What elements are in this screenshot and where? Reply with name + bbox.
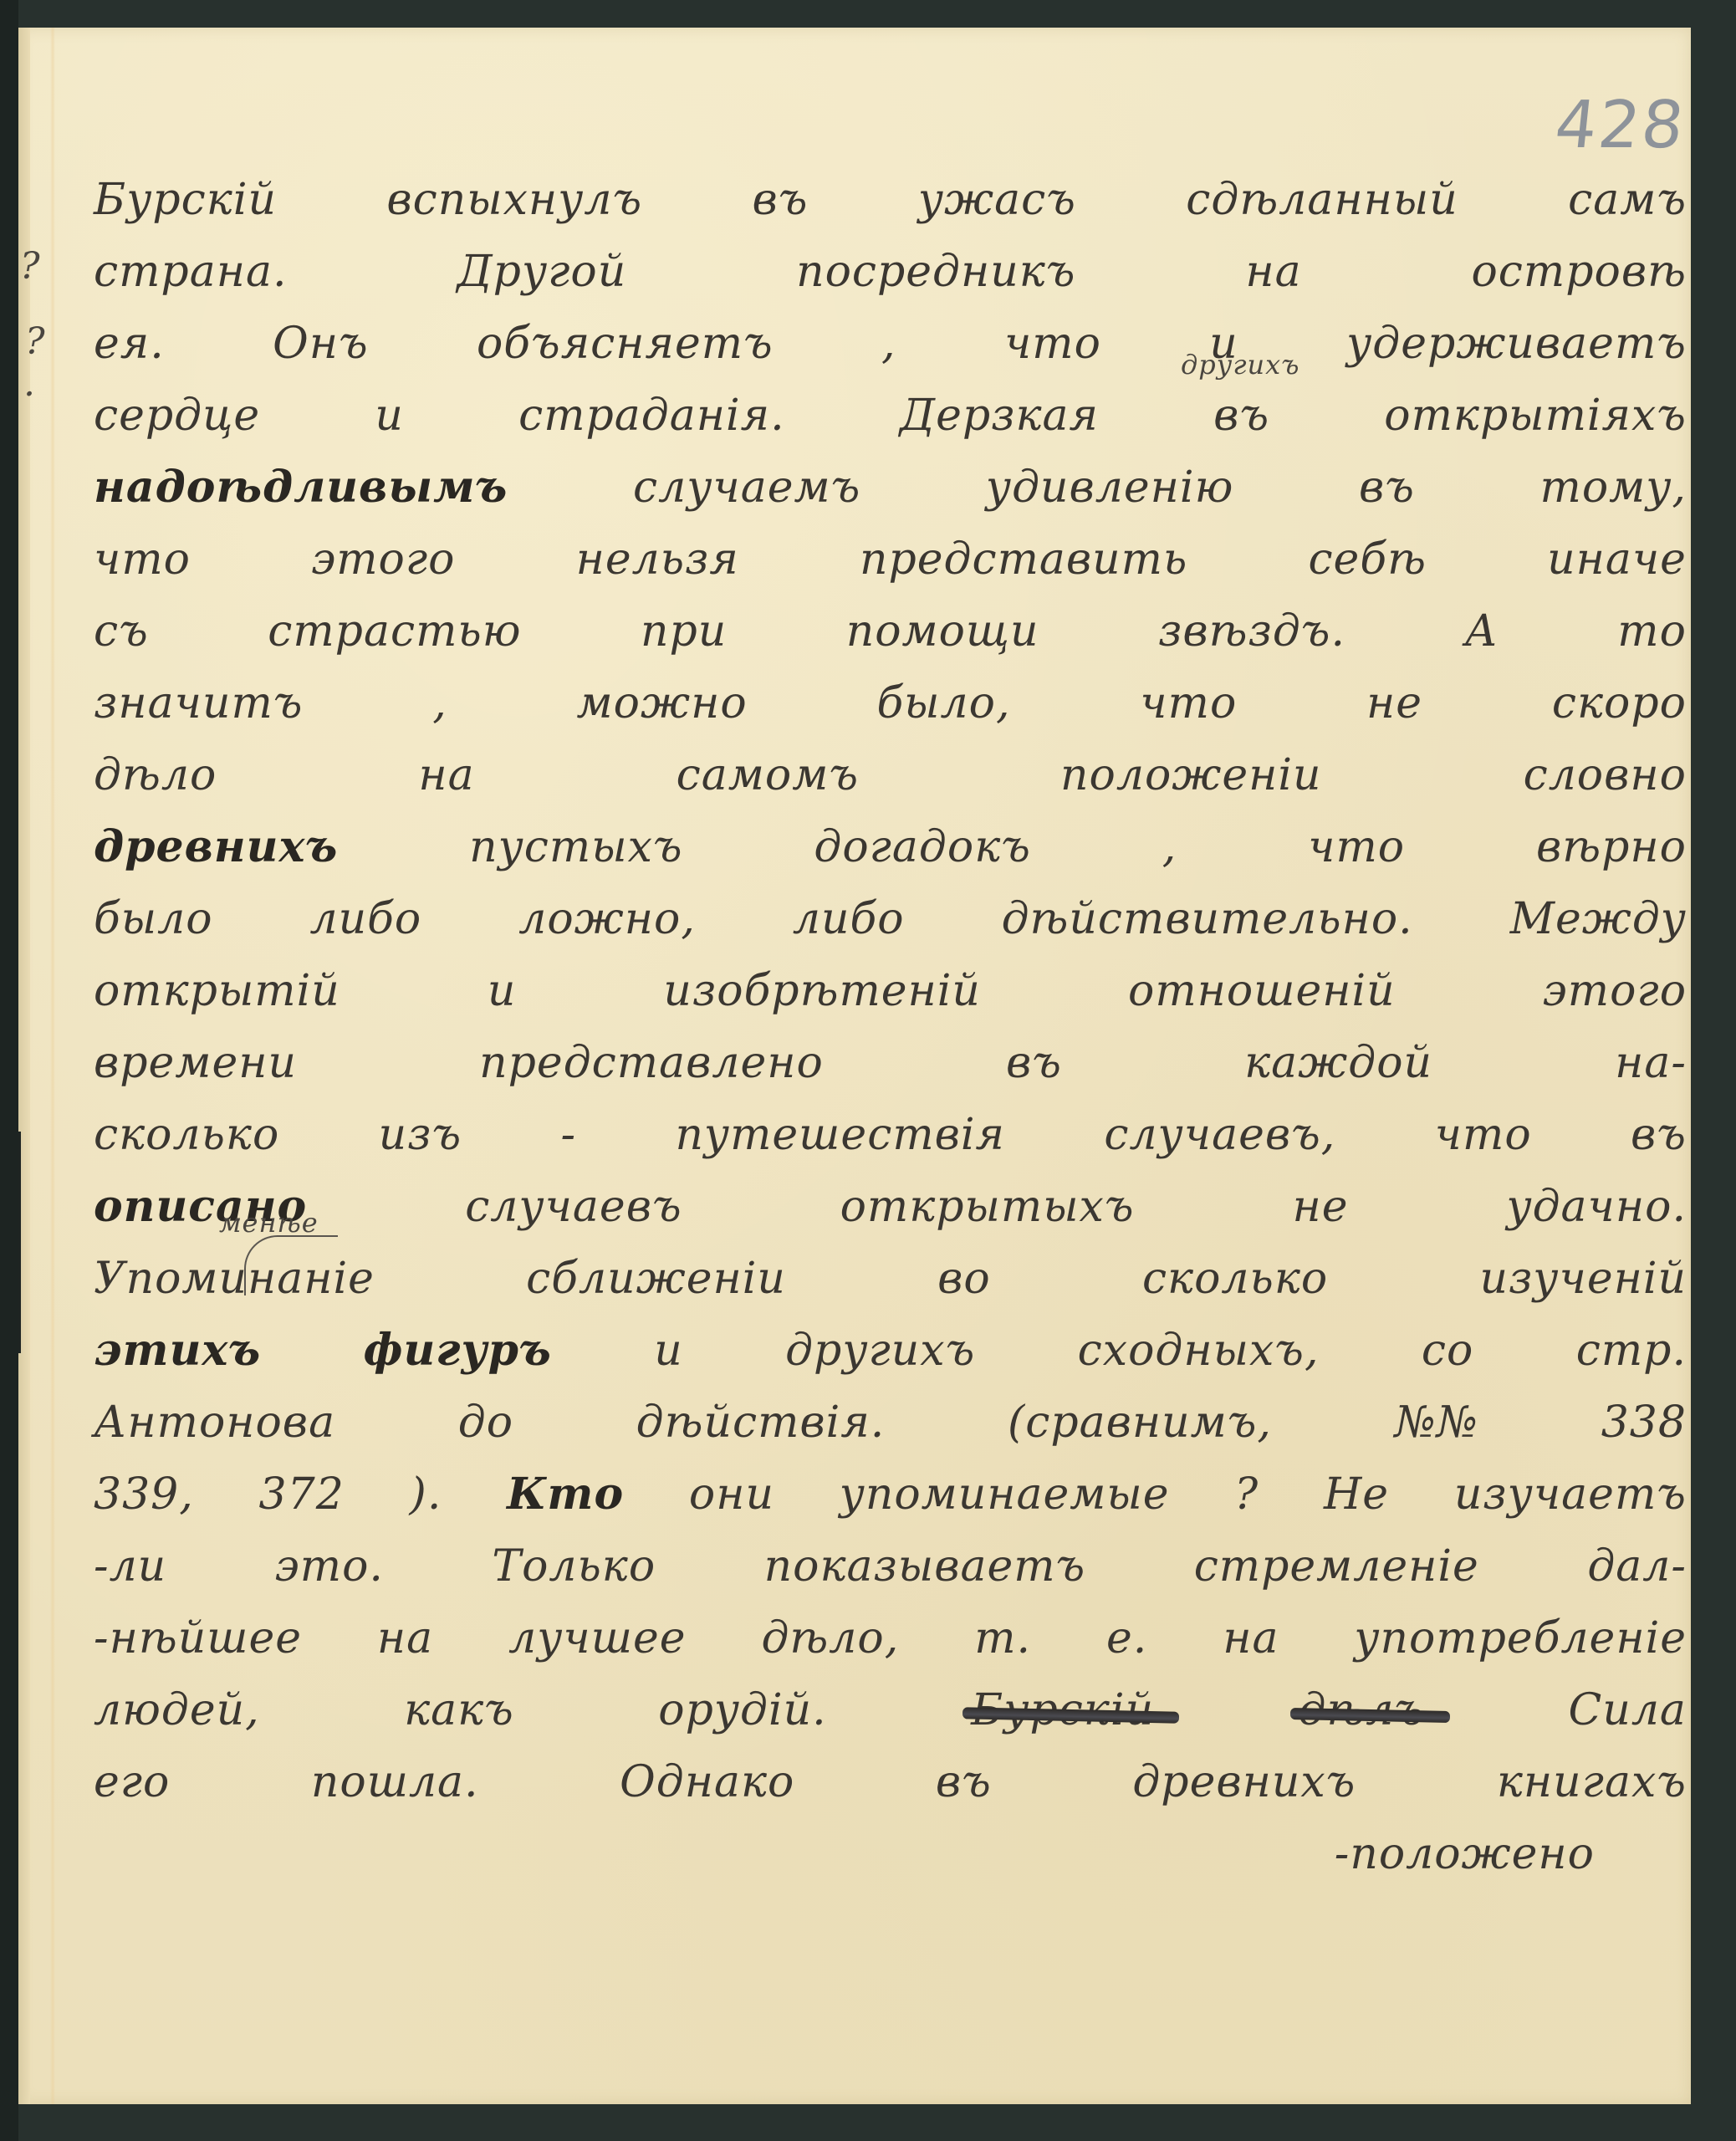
word: изобрѣтеній [663, 966, 981, 1016]
text-line: надоѣдливымъ случаемъ удивленію въ тому, [94, 441, 1687, 513]
word: въ [936, 1757, 992, 1807]
word: удивленію [986, 462, 1233, 513]
scan-backing-left [0, 0, 18, 2141]
word: положеніи [1060, 750, 1321, 800]
margin-mark: ? [20, 245, 40, 288]
text-line: времени представлено въ каждой на- [94, 1016, 1687, 1088]
text-line: сколько изъ - путешествія случаевъ, что … [94, 1088, 1687, 1160]
text-line: что этого нельзя представить себѣ иначе [94, 513, 1687, 585]
word: -нѣйшее [94, 1613, 302, 1663]
word: не [1366, 678, 1422, 728]
word: какъ [404, 1685, 514, 1735]
word: себѣ [1308, 534, 1427, 585]
word: древнихъ [1132, 1757, 1356, 1807]
word: страна. [94, 247, 288, 297]
interlinear-insertion: другихъ [1181, 349, 1299, 381]
word: на [377, 1613, 433, 1663]
word: Сила [1569, 1685, 1687, 1735]
reference-number: 338 [1601, 1398, 1687, 1448]
word: скоро [1552, 678, 1687, 728]
word: вспыхнулъ [386, 175, 642, 225]
word: Бурскій [94, 175, 277, 225]
word: удерживаетъ [1346, 319, 1687, 369]
word: -положено [1335, 1829, 1595, 1879]
text-line: открытій и изобрѣтеній отношеній этого [94, 944, 1687, 1016]
word: представлено [479, 1038, 824, 1088]
word: ? [1234, 1469, 1259, 1520]
word: самомъ [677, 750, 859, 800]
word: упоминаемые [840, 1469, 1170, 1520]
word: изъ [379, 1110, 462, 1160]
word: Не [1324, 1469, 1389, 1520]
word: на [1245, 247, 1301, 297]
word: Кто [507, 1469, 624, 1520]
manuscript-page: ? ? . 428 Бурскій вспыхнулъ въ ужасъ сдѣ… [18, 28, 1691, 2104]
word: фигуръ [364, 1325, 552, 1376]
word: употребленіе [1354, 1613, 1687, 1663]
word: что [1435, 1110, 1532, 1160]
word: сходныхъ, [1078, 1326, 1320, 1376]
word: Между [1510, 894, 1687, 944]
page-number: 428 [1551, 88, 1688, 163]
word: ). [410, 1469, 442, 1520]
word: показываетъ [764, 1541, 1086, 1592]
word: значитъ [94, 678, 303, 728]
text-line: его пошла. Однако въ древнихъ книгахъ [94, 1735, 1687, 1807]
word: до [458, 1398, 513, 1448]
text-line: Бурскій вспыхнулъ въ ужасъ сдѣланный сам… [94, 153, 1687, 225]
text-line: другихъ сердце и страданія. Дерзкая въ о… [94, 369, 1687, 441]
word: и [375, 391, 404, 441]
word: объясняетъ [477, 319, 774, 369]
word: лучшее [508, 1613, 686, 1663]
word: этихъ [94, 1325, 261, 1376]
text-line: значитъ , можно было, что не скоро [94, 657, 1687, 728]
insertion-caret [244, 1235, 338, 1295]
word: т. [974, 1613, 1031, 1663]
interlinear-insertion: менѣе [219, 1207, 319, 1239]
word: что [1308, 822, 1405, 872]
word: это. [275, 1541, 384, 1592]
text-line: Антонова до дѣйствія. (сравнимъ, №№ 338 [94, 1376, 1687, 1448]
word: случаевъ, [1104, 1110, 1335, 1160]
word: открытыхъ [840, 1182, 1135, 1232]
word: , [1162, 822, 1177, 872]
word: путешествія [675, 1110, 1005, 1160]
word: словно [1524, 750, 1687, 800]
word: Только [492, 1541, 656, 1592]
word: открытій [94, 966, 340, 1016]
word: сколько [1142, 1254, 1328, 1304]
margin-rule [18, 1132, 21, 1353]
word: ложно, [518, 894, 696, 944]
word: страстью [268, 606, 521, 657]
fold-line [50, 28, 55, 2104]
word: самъ [1568, 175, 1687, 225]
word: , [881, 319, 896, 369]
word: либо [310, 894, 422, 944]
word: случаемъ [633, 462, 860, 513]
text-line: менѣе Упоминаніе сближеніи во сколько из… [94, 1232, 1687, 1304]
reference-number: 339, [94, 1469, 194, 1520]
text-line: людей, какъ орудій. Бурскій дѣлъ Сила [94, 1663, 1687, 1735]
word: дѣйствія. [636, 1398, 886, 1448]
word: каждой [1244, 1038, 1432, 1088]
word: что [1140, 678, 1237, 728]
margin-mark: . [23, 362, 35, 405]
word: съ [94, 606, 149, 657]
text-line: 339, 372 ). Кто они упоминаемые ? Не изу… [94, 1448, 1687, 1520]
word: въ [1631, 1110, 1687, 1160]
word: стр. [1576, 1326, 1687, 1376]
word: нельзя [576, 534, 739, 585]
word: , [432, 678, 447, 728]
word: е. [1106, 1613, 1147, 1663]
text-line: ея. Онъ объясняетъ , что и удерживаетъ [94, 297, 1687, 369]
margin-mark: ? [25, 320, 45, 363]
word: что [1004, 319, 1101, 369]
word: изученій [1479, 1254, 1687, 1304]
word: помощи [846, 606, 1039, 657]
struck-out-word: Бурскій [971, 1685, 1154, 1735]
word: дѣло [94, 750, 217, 800]
word: звѣздъ. [1158, 606, 1345, 657]
word: со [1422, 1326, 1473, 1376]
word: и [488, 966, 517, 1016]
text-line: съ страстью при помощи звѣздъ. А то [94, 585, 1687, 657]
word: въ [1006, 1038, 1062, 1088]
word: орудій. [658, 1685, 826, 1735]
word: удачно. [1506, 1182, 1687, 1232]
word: книгахъ [1497, 1757, 1687, 1807]
word: сколько [94, 1110, 279, 1160]
text-line: страна. Другой посредникъ на островѣ [94, 225, 1687, 297]
word: этого [311, 534, 455, 585]
word: при [641, 606, 727, 657]
word: А [1464, 606, 1498, 657]
word: было, [876, 678, 1010, 728]
word: и [654, 1326, 683, 1376]
reference-number: 372 [259, 1469, 345, 1520]
word: Антонова [94, 1398, 335, 1448]
word: можно [577, 678, 748, 728]
word: (сравнимъ, [1008, 1398, 1272, 1448]
word: вѣрно [1536, 822, 1687, 872]
text-line: -ли это. Только показываетъ стремленіе д… [94, 1520, 1687, 1592]
word: открытіяхъ [1384, 391, 1687, 441]
word: ея. [94, 319, 165, 369]
word: дѣйствительно. [1002, 894, 1413, 944]
word: представить [860, 534, 1187, 585]
word: иначе [1547, 534, 1687, 585]
word: страданія. [518, 391, 785, 441]
word: они [689, 1469, 774, 1520]
word: либо [793, 894, 905, 944]
text-line: древнихъ пустыхъ догадокъ , что вѣрно [94, 800, 1687, 872]
word: на- [1615, 1038, 1687, 1088]
text-line: -положено [94, 1807, 1687, 1879]
handwritten-text: Бурскій вспыхнулъ въ ужасъ сдѣланный сам… [94, 153, 1687, 1879]
word: этого [1543, 966, 1687, 1016]
word: посредникъ [796, 247, 1075, 297]
word: догадокъ [814, 822, 1031, 872]
word: сдѣланный [1186, 175, 1458, 225]
word: не [1292, 1182, 1348, 1232]
word: въ [1359, 462, 1415, 513]
word: на [1223, 1613, 1279, 1663]
word: въ [753, 175, 809, 225]
word: на [418, 750, 474, 800]
word: дѣло, [761, 1613, 899, 1663]
word: пошла. [311, 1757, 479, 1807]
word: Дерзкая [900, 391, 1099, 441]
word: - [561, 1110, 577, 1160]
word: сближеніи [526, 1254, 786, 1304]
word: изучаетъ [1454, 1469, 1687, 1520]
text-line: описано случаевъ открытыхъ не удачно. [94, 1160, 1687, 1232]
word: времени [94, 1038, 297, 1088]
text-line: -нѣйшее на лучшее дѣло, т. е. на употреб… [94, 1592, 1687, 1663]
text-line: было либо ложно, либо дѣйствительно. Меж… [94, 872, 1687, 944]
word: въ [1213, 391, 1269, 441]
word: тому, [1540, 462, 1687, 513]
word: людей, [94, 1685, 260, 1735]
reference-abbreviation: №№ [1395, 1398, 1478, 1448]
word: то [1617, 606, 1687, 657]
word: -ли [94, 1541, 166, 1592]
word: Другой [457, 247, 626, 297]
word: пустыхъ [469, 822, 682, 872]
word: надоѣдливымъ [94, 462, 508, 513]
struck-out-word: дѣлъ [1299, 1685, 1425, 1735]
word: дал- [1587, 1541, 1687, 1592]
text-line: дѣло на самомъ положеніи словно [94, 728, 1687, 800]
word: случаевъ [465, 1182, 682, 1232]
text-line: этихъ фигуръ и другихъ сходныхъ, со стр. [94, 1304, 1687, 1376]
word: отношеній [1128, 966, 1396, 1016]
word: что [94, 534, 191, 585]
word: Онъ [273, 319, 369, 369]
word: его [94, 1757, 170, 1807]
word: сердце [94, 391, 260, 441]
word: ужасъ [918, 175, 1076, 225]
word: стремленіе [1194, 1541, 1479, 1592]
word: островѣ [1471, 247, 1686, 297]
word: Однако [620, 1757, 794, 1807]
word: во [937, 1254, 991, 1304]
word: было [94, 894, 213, 944]
word: древнихъ [94, 821, 338, 872]
word: другихъ [785, 1326, 975, 1376]
